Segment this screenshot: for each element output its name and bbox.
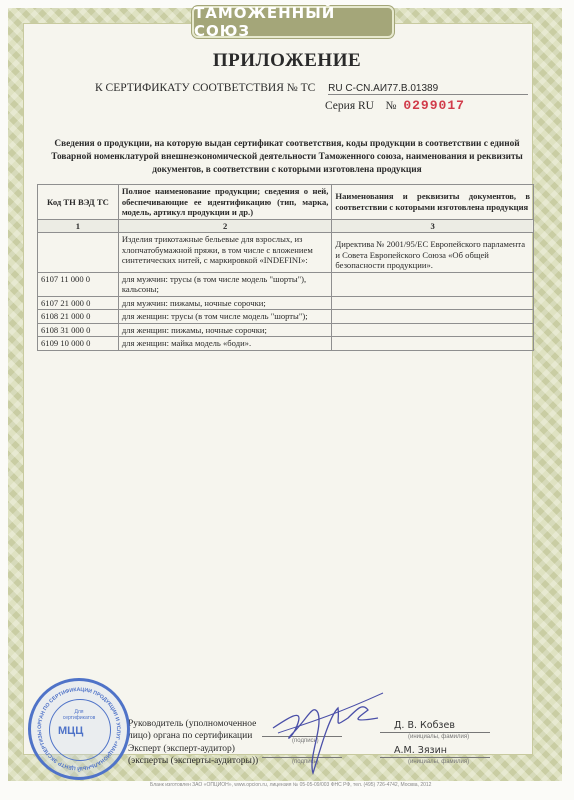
certificate-reference: К СЕРТИФИКАТУ СООТВЕТСТВИЯ № ТС RU C-CN.… xyxy=(95,82,528,95)
head-name: Д. В. Кобзев xyxy=(394,720,455,731)
expert-label: Эксперт (эксперт-аудитор) (эксперты (экс… xyxy=(128,743,258,767)
products-table: Код ТН ВЭД ТС Полное наименование продук… xyxy=(37,184,534,351)
row-description: для женщин: пижамы, ночные сорочки; xyxy=(118,323,332,337)
page-title: ПРИЛОЖЕНИЕ xyxy=(0,50,574,72)
signature-icon xyxy=(268,688,388,778)
general-code xyxy=(38,233,119,273)
series-number: 0299017 xyxy=(403,98,465,113)
expert-name-line xyxy=(380,757,490,758)
certificate-number: RU C-CN.АИ77.В.01389 xyxy=(328,83,528,95)
head-label-line-2: лицо) органа по сертификации xyxy=(128,730,256,742)
stamp-logo: МЦЦ xyxy=(58,725,83,737)
head-label-line-1: Руководитель (уполномоченное xyxy=(128,718,256,730)
row-documents xyxy=(332,323,534,337)
general-description: Изделия трикотажные бельевые для взрослы… xyxy=(118,233,332,273)
intro-text: Сведения о продукции, на которую выдан с… xyxy=(40,138,534,177)
expert-name: А.М. Зязин xyxy=(394,745,447,756)
table-row: 6108 21 000 0для женщин: трусы (в том чи… xyxy=(38,310,534,324)
table-row: 6107 21 000 0для мужчин: пижамы, ночные … xyxy=(38,296,534,310)
row-description: для женщин: трусы (в том числе модель "ш… xyxy=(118,310,332,324)
certificate-paper xyxy=(23,23,533,755)
row-documents xyxy=(332,310,534,324)
expert-name-caption: (инициалы, фамилия) xyxy=(408,759,469,765)
row-description: для мужчин: пижамы, ночные сорочки; xyxy=(118,296,332,310)
header-code: Код ТН ВЭД ТС xyxy=(38,185,119,220)
customs-union-banner: ТАМОЖЕННЫЙ СОЮЗ xyxy=(192,6,394,38)
table-index-row: 1 2 3 xyxy=(38,219,534,233)
expert-label-line-1: Эксперт (эксперт-аудитор) xyxy=(128,743,258,755)
table-row: 6108 31 000 0для женщин: пижамы, ночные … xyxy=(38,323,534,337)
index-2: 2 xyxy=(118,219,332,233)
header-description: Полное наименование продукции; сведения … xyxy=(118,185,332,220)
stamp-inner-text: Для сертификатов xyxy=(61,709,97,721)
row-description: для мужчин: трусы (в том числе модель "ш… xyxy=(118,272,332,296)
general-documents: Директива № 2001/95/ЕС Европейского парл… xyxy=(332,233,534,273)
table-header-row: Код ТН ВЭД ТС Полное наименование продук… xyxy=(38,185,534,220)
row-code: 6108 21 000 0 xyxy=(38,310,119,324)
form-footer: Бланк изготовлен ЗАО «ОПЦИОН», www.opcio… xyxy=(150,782,431,788)
certification-stamp: ОРГАН ПО СЕРТИФИКАЦИИ ПРОДУКЦИИ И УСЛУГ … xyxy=(28,678,130,780)
table-row: 6109 10 000 0для женщин: майка модель «б… xyxy=(38,337,534,351)
series-line: Серия RU № 0299017 xyxy=(325,98,465,113)
head-name-caption: (инициалы, фамилия) xyxy=(408,734,469,740)
table-row-general: Изделия трикотажные бельевые для взрослы… xyxy=(38,233,534,273)
row-code: 6107 21 000 0 xyxy=(38,296,119,310)
header-documents: Наименования и реквизиты документов, в с… xyxy=(332,185,534,220)
certificate-label: К СЕРТИФИКАТУ СООТВЕТСТВИЯ № ТС xyxy=(95,82,315,94)
index-3: 3 xyxy=(332,219,534,233)
expert-label-line-2: (эксперты (эксперты-аудиторы)) xyxy=(128,755,258,767)
series-no-label: № xyxy=(385,100,396,112)
row-documents xyxy=(332,337,534,351)
head-label: Руководитель (уполномоченное лицо) орган… xyxy=(128,718,256,742)
index-1: 1 xyxy=(38,219,119,233)
table-row: 6107 11 000 0для мужчин: трусы (в том чи… xyxy=(38,272,534,296)
row-description: для женщин: майка модель «боди». xyxy=(118,337,332,351)
row-code: 6108 31 000 0 xyxy=(38,323,119,337)
row-documents xyxy=(332,296,534,310)
row-code: 6107 11 000 0 xyxy=(38,272,119,296)
row-code: 6109 10 000 0 xyxy=(38,337,119,351)
head-name-line xyxy=(380,732,490,733)
row-documents xyxy=(332,272,534,296)
series-label: Серия RU xyxy=(325,100,374,112)
